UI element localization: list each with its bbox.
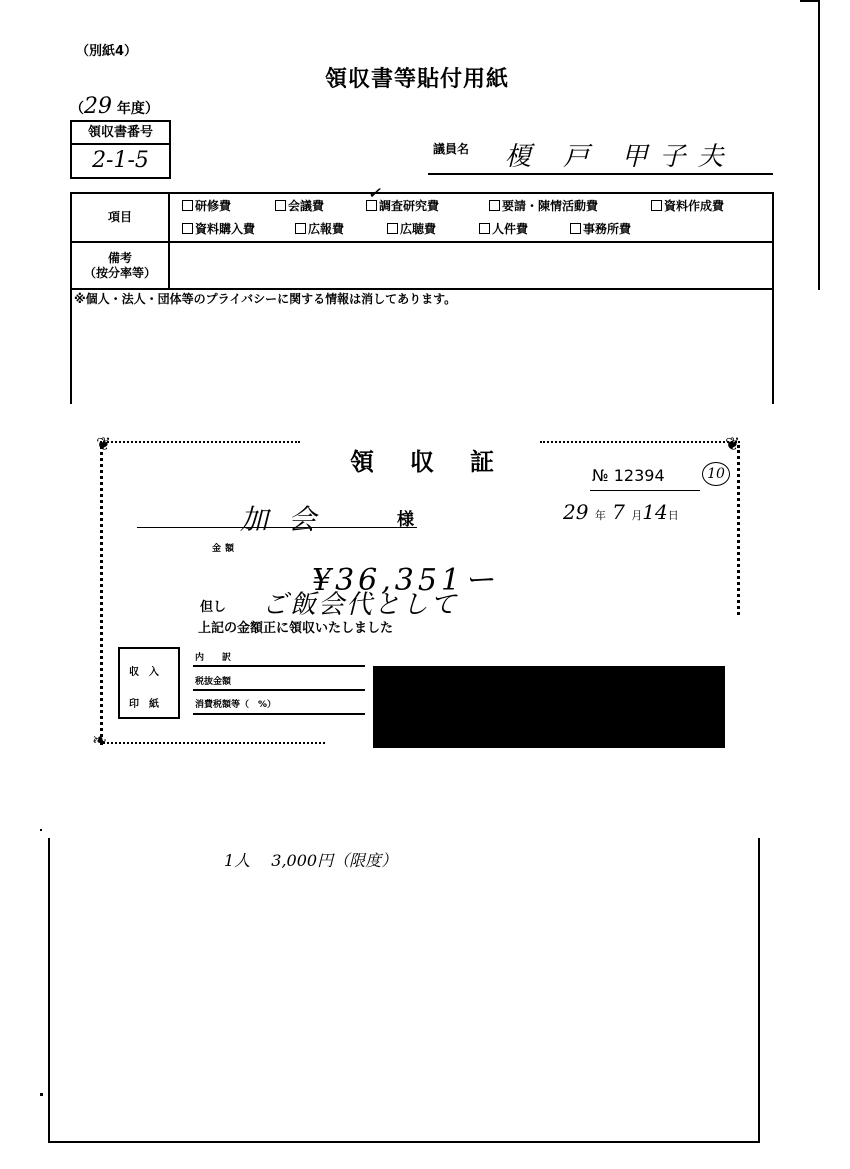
serial-prefix: № xyxy=(592,466,609,485)
purpose-value: ご飯会代として xyxy=(262,584,458,621)
category-checkbox[interactable]: 広聴費 xyxy=(387,220,436,237)
category-checkbox[interactable]: 要請・陳情活動費 xyxy=(489,197,598,214)
breakdown-label: 内 訳 xyxy=(195,650,231,663)
ornament-icon: ❦ xyxy=(96,434,111,455)
remarks-label-1: 備考 xyxy=(108,251,132,266)
privacy-note: ※個人・法人・団体等のプライバシーに関する情報は消してあります。 xyxy=(74,290,456,307)
remarks-row: 備考 （按分率等） xyxy=(72,243,772,290)
date-day: 14 xyxy=(642,500,667,524)
pre-tax-label: 税抜金額 xyxy=(195,674,231,687)
page-edge xyxy=(818,0,820,290)
category-label: 要請・陳情活動費 xyxy=(502,199,598,213)
category-label: 広聴費 xyxy=(400,222,436,236)
remarks-label: 備考 （按分率等） xyxy=(72,243,170,288)
revenue-stamp-box: 収入 印紙 xyxy=(118,647,180,719)
tadashi-label: 但し xyxy=(200,596,226,615)
receipt-date: 29 年 7 月14日 xyxy=(563,500,679,524)
receipt-title: 領収証 xyxy=(350,442,530,477)
checkbox-icon[interactable] xyxy=(489,200,500,211)
date-year-unit: 年 xyxy=(595,509,606,522)
checkbox-icon[interactable] xyxy=(651,200,662,211)
breakdown-line xyxy=(193,665,365,667)
category-checkbox[interactable]: 会議費 xyxy=(275,197,324,214)
received-statement: 上記の金額正に領収いたしました xyxy=(198,617,393,636)
attachment-area xyxy=(48,838,760,1143)
stamp-line-1: 収入 xyxy=(120,663,178,678)
category-checkbox[interactable]: 広報費 xyxy=(295,220,344,237)
checkbox-icon[interactable] xyxy=(570,223,581,234)
category-row: 項目 研修費 会議費 調査研究費 ✓ 要請・陳情活動費 資料作成費 資料購入費 … xyxy=(72,194,772,243)
amount-label: 金額 xyxy=(212,541,238,554)
checkbox-icon[interactable] xyxy=(275,200,286,211)
item-label-text: 項目 xyxy=(108,210,132,225)
date-month-unit: 月 xyxy=(631,509,642,522)
date-year: 29 xyxy=(563,500,588,524)
circled-number: 10 xyxy=(702,462,730,486)
category-checkbox[interactable]: 事務所費 xyxy=(570,220,631,237)
redacted-issuer-block xyxy=(373,666,725,748)
receipt-border xyxy=(100,445,107,745)
scan-speck xyxy=(40,829,42,831)
receipt-number-box: 領収書番号 2-1-5 xyxy=(70,120,171,179)
member-name: 榎 戸 甲子夫 xyxy=(505,136,736,173)
category-label: 会議費 xyxy=(288,199,324,213)
expense-form: 項目 研修費 会議費 調査研究費 ✓ 要請・陳情活動費 資料作成費 資料購入費 … xyxy=(70,192,774,404)
serial-underline xyxy=(590,490,700,491)
sheet-label: （別紙4） xyxy=(76,40,137,59)
fiscal-year: （29 年度） xyxy=(70,94,159,119)
scan-speck xyxy=(40,1093,43,1096)
remarks-label-2: （按分率等） xyxy=(84,266,156,281)
year-value: 29 xyxy=(84,94,112,119)
receipt-border xyxy=(737,445,744,615)
page-title: 領収書等貼付用紙 xyxy=(325,62,509,93)
date-month: 7 xyxy=(612,500,625,524)
handwritten-note: 1人 3,000円（限度） xyxy=(224,848,397,871)
tax-label: 消費税額等（ %） xyxy=(195,697,276,710)
checkbox-icon[interactable] xyxy=(182,200,193,211)
category-label: 研修費 xyxy=(195,199,231,213)
receipt-border xyxy=(100,742,325,746)
category-label: 資料購入費 xyxy=(195,222,255,236)
receipt-serial: № 12394 xyxy=(592,466,665,485)
category-checkbox[interactable]: 人件費 xyxy=(479,220,528,237)
receipt-number-value: 2-1-5 xyxy=(72,145,169,177)
ornament-icon: ❧ xyxy=(92,730,107,751)
checkbox-icon[interactable] xyxy=(182,223,193,234)
date-day-unit: 日 xyxy=(668,509,679,522)
year-suffix: 年度） xyxy=(112,101,159,117)
category-label: 事務所費 xyxy=(583,222,631,236)
item-label: 項目 xyxy=(72,194,170,241)
category-label: 調査研究費 xyxy=(379,199,439,213)
receipt-border xyxy=(100,441,300,449)
serial-number: 12394 xyxy=(614,466,665,485)
checkbox-icon[interactable] xyxy=(295,223,306,234)
stamp-line-2: 印紙 xyxy=(120,695,178,710)
payee-name: 加会 xyxy=(240,498,336,538)
ornament-icon: ❦ xyxy=(725,434,740,455)
category-checkbox[interactable]: 研修費 xyxy=(182,197,231,214)
category-checkbox[interactable]: 資料購入費 xyxy=(182,220,255,237)
member-label: 議員名 xyxy=(433,140,469,157)
checkbox-icon[interactable] xyxy=(387,223,398,234)
checkbox-icon[interactable] xyxy=(479,223,490,234)
receipt-number-label: 領収書番号 xyxy=(72,122,169,145)
year-prefix: （ xyxy=(70,101,84,117)
page-edge xyxy=(800,0,820,2)
receipt-border xyxy=(540,441,740,449)
category-label: 資料作成費 xyxy=(664,199,724,213)
breakdown-line xyxy=(193,713,365,715)
payee-underline xyxy=(137,527,417,528)
category-label: 人件費 xyxy=(492,222,528,236)
member-underline xyxy=(428,173,773,175)
category-label: 広報費 xyxy=(308,222,344,236)
category-checkbox[interactable]: 資料作成費 xyxy=(651,197,724,214)
breakdown-line xyxy=(193,689,365,691)
